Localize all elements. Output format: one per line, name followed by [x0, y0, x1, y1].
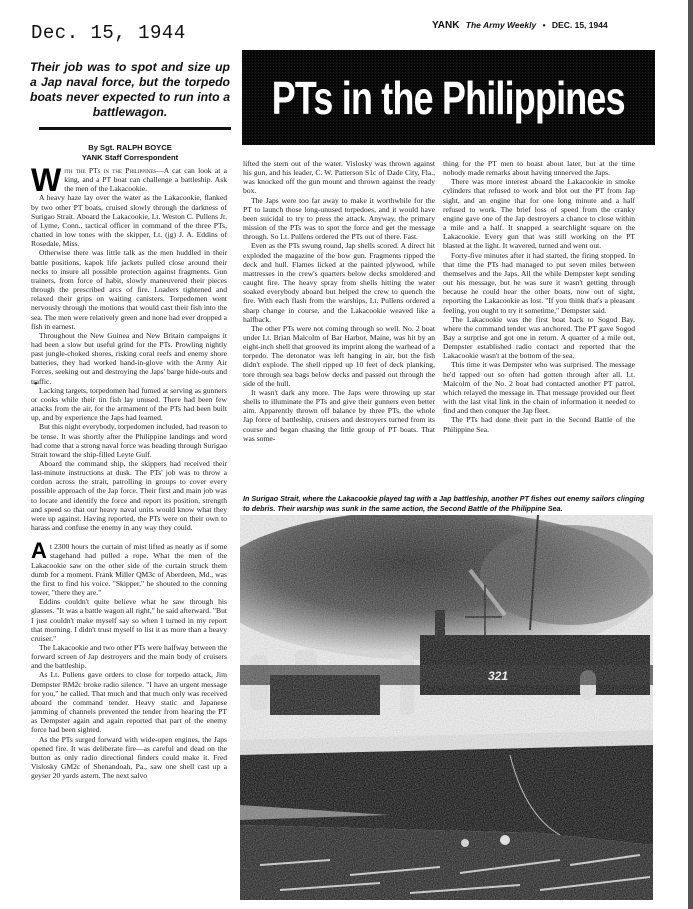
- drop-cap: A: [31, 542, 47, 560]
- paragraph-text: This time it was Dempster who was surpri…: [443, 360, 635, 415]
- paragraph-text: Aboard the command ship, the skippers ha…: [31, 459, 227, 532]
- article-paragraph: The Lakacookie was the first boat back t…: [443, 315, 635, 361]
- issue-date: DEC. 15, 1944: [552, 20, 608, 30]
- deck-divider: [39, 127, 231, 130]
- paragraph-text: It wasn't dark any more. The Japs were t…: [243, 388, 435, 443]
- paragraph-text: But this night everybody, torpedomen inc…: [31, 422, 227, 458]
- paragraph-text: The Japs were too far away to make it wo…: [243, 196, 435, 242]
- article-paragraph: Throughout the New Guinea and New Britai…: [31, 331, 227, 386]
- article-paragraph: Even as the PTs swung round, Jap shells …: [243, 241, 435, 323]
- article-column-3: thing for the PT men to boast about late…: [443, 159, 635, 434]
- article-paragraph: But this night everybody, torpedomen inc…: [31, 422, 227, 459]
- article-paragraph: Aboard the command ship, the skippers ha…: [31, 459, 227, 532]
- article-column-2: lifted the stern out of the water. Vislo…: [243, 159, 435, 443]
- paragraph-text: Otherwise there was little talk as the m…: [31, 248, 227, 330]
- article-paragraph: Lacking targets, torpedomen had fumed at…: [31, 386, 227, 423]
- article-paragraph: The Japs were too far away to make it wo…: [243, 196, 435, 242]
- pt-boat-photo-image: 321: [240, 515, 653, 900]
- paragraph-text: The Lakacookie and two other PTs were ha…: [31, 643, 227, 670]
- title-banner: PTs in the Philippines: [242, 50, 655, 145]
- article-paragraph: It wasn't dark any more. The Japs were t…: [243, 388, 435, 443]
- article-paragraph: The Lakacookie and two other PTs were ha…: [31, 643, 227, 670]
- article-paragraph: A heavy haze lay over the water as the L…: [31, 193, 227, 248]
- paragraph-text: The PTs had done their part in the Secon…: [443, 415, 635, 433]
- dateline: Dec. 15, 1944: [31, 22, 186, 44]
- article-title: PTs in the Philippines: [272, 71, 625, 125]
- article-paragraph: thing for the PT men to boast about late…: [443, 159, 635, 177]
- paragraph-text: t 2300 hours the curtain of mist lifted …: [31, 542, 227, 597]
- paragraph-text: Lacking targets, torpedomen had fumed at…: [31, 386, 227, 422]
- article-paragraph: lifted the stern out of the water. Vislo…: [243, 159, 435, 196]
- article-paragraph: The other PTs were not coming through so…: [243, 324, 435, 388]
- section-break: [31, 532, 227, 542]
- lead-in: ith the PTs in the Philippines: [64, 166, 156, 175]
- article-paragraph: At 2300 hours the curtain of mist lifted…: [31, 542, 227, 597]
- article-paragraph: Otherwise there was little talk as the m…: [31, 248, 227, 330]
- pt-boat-photo: 321: [240, 515, 653, 900]
- publication-name: YANK: [432, 20, 459, 31]
- article-paragraph: This time it was Dempster who was surpri…: [443, 360, 635, 415]
- paragraph-text: A heavy haze lay over the water as the L…: [31, 193, 227, 248]
- article-column-1: With the PTs in the Philippines—A cat ca…: [31, 166, 227, 780]
- paragraph-text: The other PTs were not coming through so…: [243, 324, 435, 388]
- photo-caption: In Surigao Strait, where the Lakacookie …: [243, 494, 653, 514]
- paragraph-text: Even as the PTs swung round, Jap shells …: [243, 241, 435, 323]
- paragraph-text: Throughout the New Guinea and New Britai…: [31, 331, 227, 386]
- article-paragraph: Forty-five minutes after it had started,…: [443, 251, 635, 315]
- byline: By Sgt. RALPH BOYCE YANK Staff Correspon…: [30, 143, 230, 163]
- article-paragraph: Eddins couldn't quite believe what he sa…: [31, 597, 227, 643]
- paragraph-text: Eddins couldn't quite believe what he sa…: [31, 597, 227, 643]
- masthead-separator: •: [543, 20, 546, 30]
- paragraph-text: As the PTs surged forward with wide-open…: [31, 735, 227, 781]
- article-paragraph: As Lt. Pullens gave orders to close for …: [31, 670, 227, 734]
- article-paragraph: There was more interest aboard the Lakac…: [443, 177, 635, 250]
- article-paragraph: The PTs had done their part in the Secon…: [443, 415, 635, 433]
- publication-subtitle: The Army Weekly: [466, 20, 536, 30]
- drop-cap: W: [31, 167, 61, 193]
- paragraph-text: As Lt. Pullens gave orders to close for …: [31, 670, 227, 734]
- article-deck: Their job was to spot and size up a Jap …: [30, 60, 230, 120]
- byline-author: By Sgt. RALPH BOYCE: [30, 143, 230, 153]
- paragraph-text: Forty-five minutes after it had started,…: [443, 251, 635, 315]
- paragraph-text: There was more interest aboard the Lakac…: [443, 177, 635, 250]
- paragraph-text: lifted the stern out of the water. Vislo…: [243, 159, 435, 195]
- masthead: YANK The Army Weekly • DEC. 15, 1944: [432, 20, 608, 31]
- article-paragraph: With the PTs in the Philippines—A cat ca…: [31, 166, 227, 193]
- page-edge-scrollbar: [688, 0, 693, 909]
- paragraph-text: thing for the PT men to boast about late…: [443, 159, 635, 177]
- paragraph-text: The Lakacookie was the first boat back t…: [443, 315, 635, 361]
- article-paragraph: As the PTs surged forward with wide-open…: [31, 735, 227, 781]
